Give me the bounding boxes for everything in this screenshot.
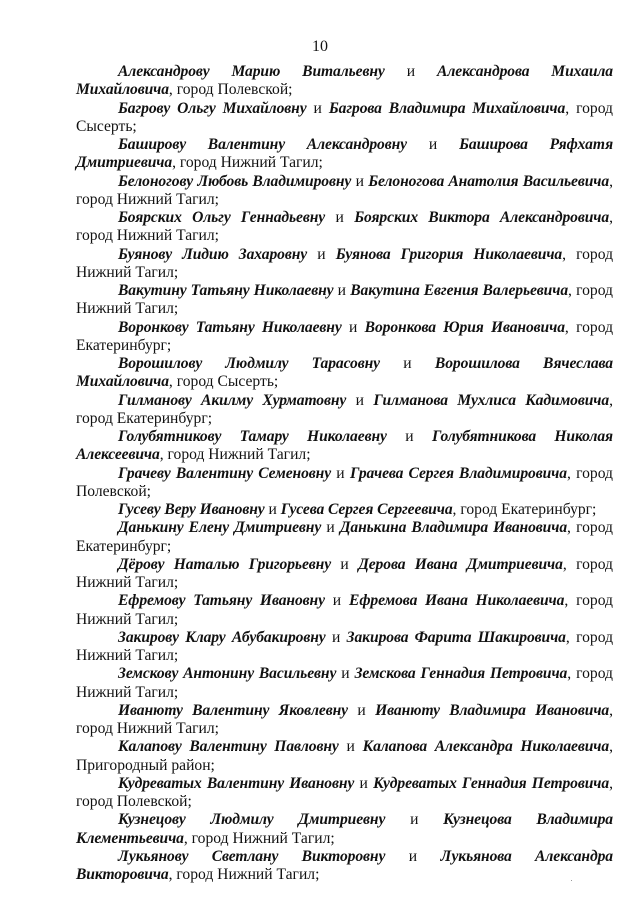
wife-name: Вакутину Татьяну Николаевну bbox=[118, 282, 333, 299]
husband-name: Иванюту Владимира Ивановича bbox=[375, 702, 609, 719]
wife-name: Александрову Марию Витальевну bbox=[118, 63, 385, 80]
list-item: Гилманову Акилму Хурматовну и Гилманова … bbox=[76, 392, 613, 429]
husband-name: Белоногова Анатолия Васильевича bbox=[368, 173, 609, 190]
wife-name: Боярских Ольгу Геннадьевну bbox=[118, 209, 325, 226]
husband-name: Калапова Александра Николаевича bbox=[363, 738, 610, 755]
wife-name: Иванюту Валентину Яковлевну bbox=[118, 702, 348, 719]
document-body: Александрову Марию Витальевну и Александ… bbox=[76, 63, 613, 884]
location: город Нижний Тагил; bbox=[192, 830, 335, 847]
list-item: Багрову Ольгу Михайловну и Багрова Влади… bbox=[76, 100, 613, 137]
wife-name: Кузнецову Людмилу Дмитриевну bbox=[118, 811, 385, 828]
husband-name: Гусева Сергея Сергеевича bbox=[281, 501, 453, 518]
list-item: Лукьянову Светлану Викторовну и Лукьянов… bbox=[76, 848, 613, 885]
wife-name: Гилманову Акилму Хурматовну bbox=[118, 392, 346, 409]
location: город Нижний Тагил; bbox=[76, 191, 219, 208]
conjunction: и bbox=[357, 702, 365, 719]
conjunction: и bbox=[314, 100, 322, 117]
list-item: Кудреватых Валентину Ивановну и Кудреват… bbox=[76, 775, 613, 812]
list-item: Иванюту Валентину Яковлевну и Иванюту Вл… bbox=[76, 702, 613, 739]
husband-name: Гилманова Мухлиса Кадимовича bbox=[373, 392, 609, 409]
wife-name: Гусеву Веру Ивановну bbox=[118, 501, 265, 518]
list-item: Баширову Валентину Александровну и Башир… bbox=[76, 136, 613, 173]
conjunction: и bbox=[356, 392, 364, 409]
list-item: Дёрову Наталью Григорьевну и Дерова Иван… bbox=[76, 556, 613, 593]
conjunction: и bbox=[407, 63, 415, 80]
conjunction: и bbox=[340, 556, 348, 573]
husband-name: Закирова Фарита Шакировича bbox=[347, 629, 566, 646]
scan-speck bbox=[267, 160, 268, 161]
conjunction: и bbox=[326, 519, 334, 536]
wife-name: Грачеву Валентину Семеновну bbox=[118, 465, 331, 482]
conjunction: и bbox=[333, 592, 341, 609]
list-item: Александрову Марию Витальевну и Александ… bbox=[76, 63, 613, 100]
list-item: Закирову Клару Абубакировну и Закирова Ф… bbox=[76, 629, 613, 666]
husband-name: Дерова Ивана Дмитриевича bbox=[358, 556, 563, 573]
list-item: Вакутину Татьяну Николаевну и Вакутина Е… bbox=[76, 282, 613, 319]
location: город Полевской; bbox=[177, 81, 293, 98]
list-item: Буянову Лидию Захаровну и Буянова Григор… bbox=[76, 246, 613, 283]
location: город Нижний Тагил; bbox=[180, 154, 323, 171]
conjunction: и bbox=[409, 848, 417, 865]
location: город Сысерть; bbox=[177, 373, 279, 390]
conjunction: и bbox=[349, 319, 357, 336]
conjunction: и bbox=[335, 209, 343, 226]
husband-name: Кудреватых Геннадия Петровича bbox=[373, 775, 609, 792]
location: город Екатеринбург; bbox=[76, 410, 212, 427]
conjunction: и bbox=[429, 136, 437, 153]
husband-name: Боярских Виктора Александровича bbox=[354, 209, 609, 226]
husband-name: Грачева Сергея Владимировича bbox=[350, 465, 567, 482]
wife-name: Белоногову Любовь Владимировну bbox=[118, 173, 351, 190]
conjunction: и bbox=[356, 173, 364, 190]
scan-speck bbox=[262, 858, 263, 859]
location: город Екатеринбург; bbox=[460, 501, 596, 518]
wife-name: Буянову Лидию Захаровну bbox=[118, 246, 307, 263]
list-item: Ворошилову Людмилу Тарасовну и Ворошилов… bbox=[76, 355, 613, 392]
list-item: Голубятникову Тамару Николаевну и Голубя… bbox=[76, 428, 613, 465]
list-item: Белоногову Любовь Владимировну и Белоног… bbox=[76, 173, 613, 210]
husband-name: Земскова Геннадия Петровича bbox=[355, 665, 568, 682]
page-number: 10 bbox=[0, 38, 640, 56]
location: город Нижний Тагил; bbox=[76, 227, 219, 244]
husband-name: Воронкова Юрия Ивановича bbox=[365, 319, 565, 336]
wife-name: Воронкову Татьяну Николаевну bbox=[118, 319, 342, 336]
wife-name: Багрову Ольгу Михайловну bbox=[118, 100, 307, 117]
list-item: Данькину Елену Дмитриевну и Данькина Вла… bbox=[76, 519, 613, 556]
conjunction: и bbox=[405, 428, 413, 445]
conjunction: и bbox=[360, 775, 368, 792]
conjunction: и bbox=[269, 501, 277, 518]
list-item: Кузнецову Людмилу Дмитриевну и Кузнецова… bbox=[76, 811, 613, 848]
location: Пригородный район; bbox=[76, 757, 215, 774]
wife-name: Ефремову Татьяну Ивановну bbox=[118, 592, 325, 609]
wife-name: Земскову Антонину Васильевну bbox=[118, 665, 336, 682]
wife-name: Голубятникову Тамару Николаевну bbox=[118, 428, 387, 445]
wife-name: Лукьянову Светлану Викторовну bbox=[118, 848, 385, 865]
location: город Нижний Тагил; bbox=[176, 866, 319, 883]
list-item: Боярских Ольгу Геннадьевну и Боярских Ви… bbox=[76, 209, 613, 246]
conjunction: и bbox=[317, 246, 325, 263]
wife-name: Ворошилову Людмилу Тарасовну bbox=[118, 355, 380, 372]
wife-name: Данькину Елену Дмитриевну bbox=[118, 519, 321, 536]
conjunction: и bbox=[410, 811, 418, 828]
wife-name: Закирову Клару Абубакировну bbox=[118, 629, 326, 646]
wife-name: Дёрову Наталью Григорьевну bbox=[118, 556, 331, 573]
list-item: Калапову Валентину Павловну и Калапова А… bbox=[76, 738, 613, 775]
list-item: Грачеву Валентину Семеновну и Грачева Се… bbox=[76, 465, 613, 502]
husband-name: Данькина Владимира Ивановича bbox=[340, 519, 567, 536]
conjunction: и bbox=[338, 282, 346, 299]
list-item: Ефремову Татьяну Ивановну и Ефремова Ива… bbox=[76, 592, 613, 629]
husband-name: Вакутина Евгения Валерьевича bbox=[350, 282, 568, 299]
location: город Нижний Тагил; bbox=[168, 446, 311, 463]
list-item: Воронкову Татьяну Николаевну и Воронкова… bbox=[76, 319, 613, 356]
list-item: Гусеву Веру Ивановну и Гусева Сергея Сер… bbox=[76, 501, 613, 519]
wife-name: Калапову Валентину Павловну bbox=[118, 738, 339, 755]
list-item: Земскову Антонину Васильевну и Земскова … bbox=[76, 665, 613, 702]
conjunction: и bbox=[346, 738, 354, 755]
document-page: 10 Александрову Марию Витальевну и Алекс… bbox=[0, 0, 640, 905]
husband-name: Ефремова Ивана Николаевича bbox=[349, 592, 564, 609]
location: город Нижний Тагил; bbox=[76, 720, 219, 737]
conjunction: и bbox=[336, 465, 344, 482]
location: город Полевской; bbox=[76, 793, 192, 810]
scan-speck bbox=[571, 880, 572, 881]
husband-name: Буянова Григория Николаевича bbox=[336, 246, 562, 263]
conjunction: и bbox=[341, 665, 349, 682]
conjunction: и bbox=[332, 629, 340, 646]
husband-name: Багрова Владимира Михайловича bbox=[329, 100, 565, 117]
wife-name: Кудреватых Валентину Ивановну bbox=[118, 775, 354, 792]
conjunction: и bbox=[403, 355, 411, 372]
wife-name: Баширову Валентину Александровну bbox=[118, 136, 407, 153]
